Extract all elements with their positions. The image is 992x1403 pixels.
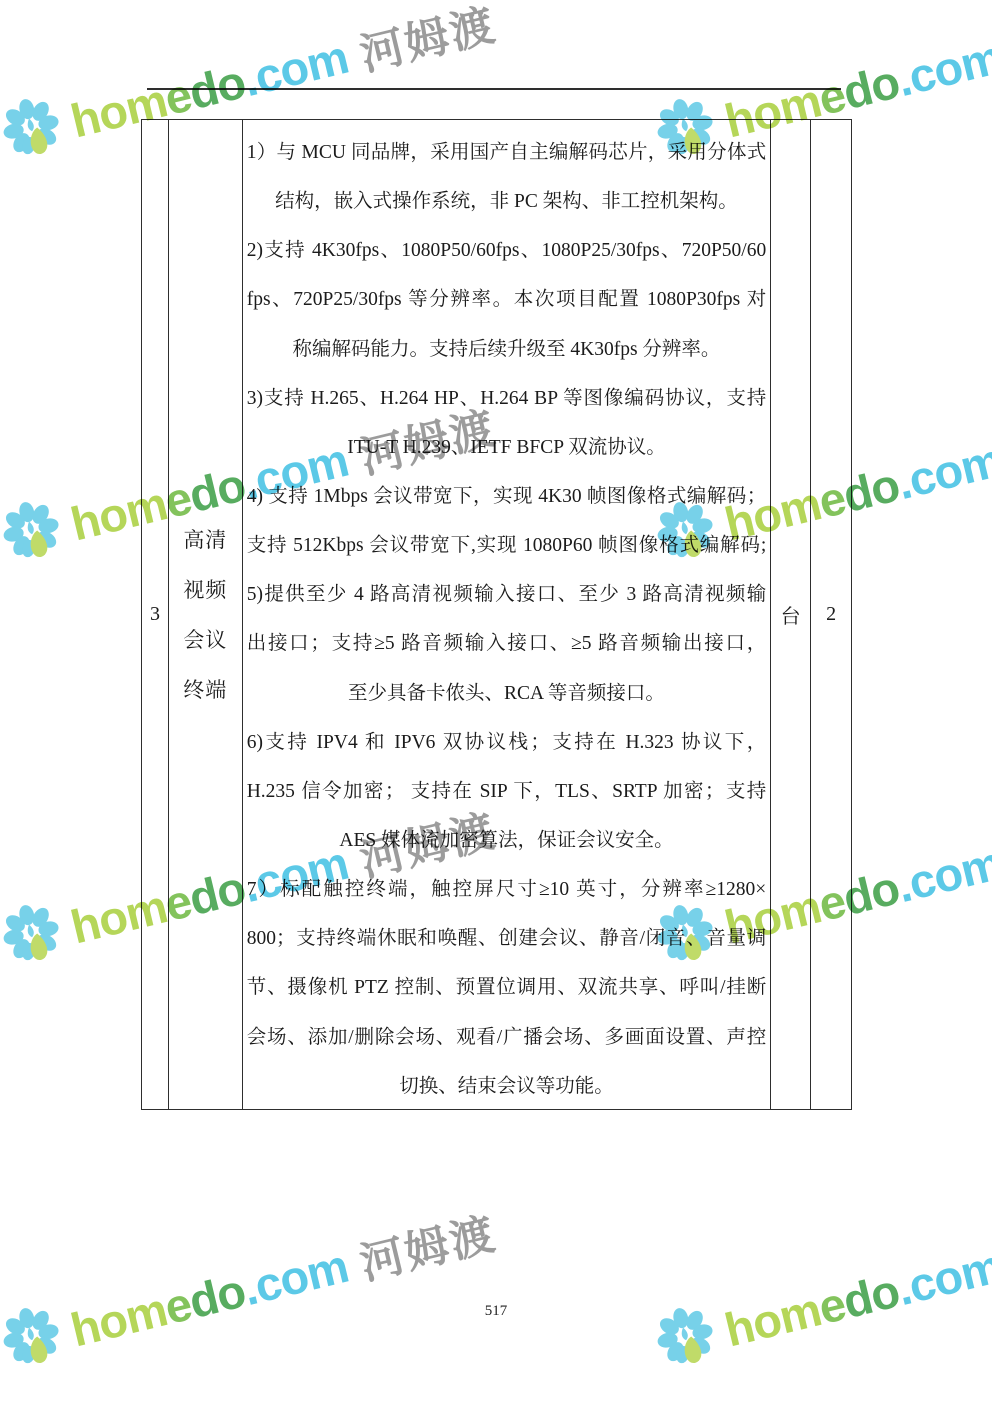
spec-line: 出接口；支持≥5 路音频输入接口、≥5 路音频输出接口， bbox=[247, 619, 767, 668]
homedo-flower-icon bbox=[0, 896, 70, 977]
spec-line: ITU-T H.239、IETF BFCP 双流协议。 bbox=[247, 423, 767, 472]
document-page: { "page": { "number": "517" }, "watermar… bbox=[0, 0, 992, 1403]
homedo-flower-icon bbox=[0, 493, 70, 574]
header-rule-divider bbox=[147, 88, 841, 90]
homedo-flower-icon bbox=[0, 90, 70, 171]
spec-line: 3)支持 H.265、H.264 HP、H.264 BP 等图像编码协议，支持 bbox=[247, 374, 767, 423]
spec-line: 会场、添加/删除会场、观看/广播会场、多画面设置、声控 bbox=[247, 1013, 767, 1062]
item-name-line: 会议 bbox=[183, 615, 227, 665]
homedo-flower-icon bbox=[0, 90, 70, 171]
spec-table: 3 高清视频会议终端 1）与 MCU 同品牌，采用国产自主编解码芯片，采用分体式… bbox=[141, 119, 852, 1110]
spec-line: 切换、结束会议等功能。 bbox=[247, 1062, 767, 1109]
spec-line: 支持 512Kbps 会议带宽下,实现 1080P60 帧图像格式编解码; bbox=[247, 521, 767, 570]
watermark-text-com: .com bbox=[238, 29, 353, 105]
row-index: 3 bbox=[150, 603, 160, 626]
spec-line: 节、摄像机 PTZ 控制、预置位调用、双流共享、呼叫/挂断 bbox=[247, 963, 767, 1012]
homedo-flower-icon bbox=[0, 896, 70, 977]
spec-line: 4) 支持 1Mbps 会议带宽下，实现 4K30 帧图像格式编解码； bbox=[247, 472, 767, 521]
item-name-line: 终端 bbox=[183, 665, 227, 715]
col-item-name: 高清视频会议终端 bbox=[169, 120, 243, 1109]
spec-line: 称编解码能力。支持后续升级至 4K30fps 分辨率。 bbox=[247, 325, 767, 374]
spec-line: H.235 信令加密； 支持在 SIP 下，TLS、SRTP 加密；支持 bbox=[247, 767, 767, 816]
spec-line: 1）与 MCU 同品牌，采用国产自主编解码芯片，采用分体式 bbox=[247, 128, 767, 177]
spec-line: AES 媒体流加密算法，保证会议安全。 bbox=[247, 816, 767, 865]
unit-value: 台 bbox=[781, 600, 801, 629]
spec-line: 7）标配触控终端，触控屏尺寸≥10 英寸，分辨率≥1280× bbox=[247, 865, 767, 914]
item-name-line: 高清 bbox=[183, 515, 227, 565]
col-spec-text: 1）与 MCU 同品牌，采用国产自主编解码芯片，采用分体式结构，嵌入式操作系统，… bbox=[243, 120, 772, 1109]
homedo-flower-icon bbox=[0, 493, 70, 574]
watermark-text-do: do bbox=[184, 54, 250, 118]
watermark-text-e: e bbox=[159, 67, 196, 124]
item-name-line: 视频 bbox=[183, 565, 227, 615]
spec-line: 800；支持终端休眠和唤醒、创建会议、静音/闭音、音量调 bbox=[247, 914, 767, 963]
spec-line: 2)支持 4K30fps、1080P50/60fps、1080P25/30fps… bbox=[247, 226, 767, 275]
page-number: 517 bbox=[0, 1303, 992, 1320]
watermark-homedo: homedo.com河姆渡 bbox=[0, 1196, 502, 1380]
spec-line: fps、720P25/30fps 等分辨率。本次项目配置 1080P30fps … bbox=[247, 275, 767, 324]
spec-line: 6)支持 IPV4 和 IPV6 双协议栈；支持在 H.323 协议下， bbox=[247, 718, 767, 767]
quantity-value: 2 bbox=[826, 603, 836, 626]
spec-line: 5)提供至少 4 路高清视频输入接口、至少 3 路高清视频输 bbox=[247, 570, 767, 619]
col-row-index: 3 bbox=[142, 120, 169, 1109]
watermark-homedo: homedo.com河姆渡 bbox=[648, 1196, 992, 1380]
watermark-text-cn: 河姆渡 bbox=[353, 0, 502, 83]
spec-line: 结构，嵌入式操作系统，非 PC 架构、非工控机架构。 bbox=[247, 177, 767, 226]
col-unit: 台 bbox=[771, 120, 811, 1109]
col-quantity: 2 bbox=[811, 120, 851, 1109]
spec-line: 至少具备卡侬头、RCA 等音频接口。 bbox=[247, 669, 767, 718]
